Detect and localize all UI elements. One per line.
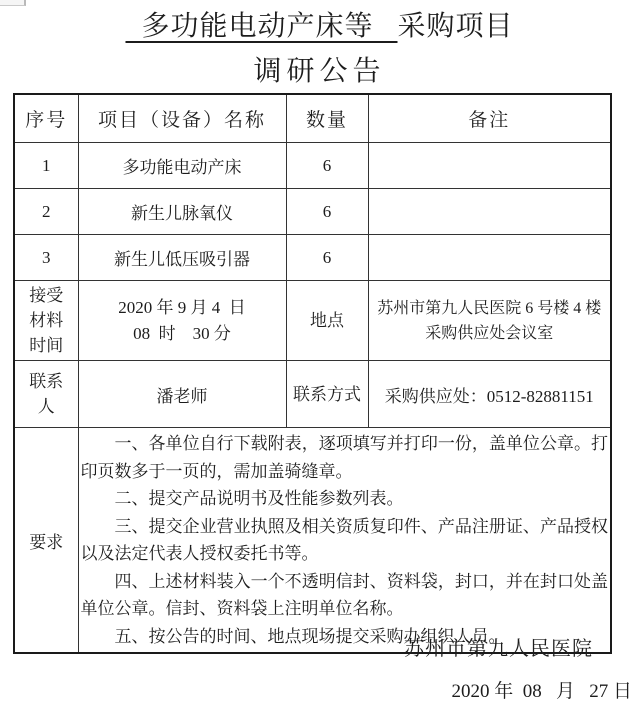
requirements-label: 要求 bbox=[14, 428, 78, 654]
item-3-note bbox=[368, 235, 611, 281]
accept-time-label: 接受材料时间 bbox=[14, 281, 78, 361]
contact-method-label: 联系方式 bbox=[286, 361, 368, 428]
table-row-item-2: 2 新生儿脉氧仪 6 bbox=[14, 189, 611, 235]
table-header-row: 序号 项目（设备）名称 数量 备注 bbox=[14, 94, 611, 143]
document-title-line2: 调研公告 bbox=[0, 54, 639, 90]
column-header-index: 序号 bbox=[14, 94, 78, 143]
item-2-name: 新生儿脉氧仪 bbox=[78, 189, 286, 235]
item-2-note bbox=[368, 189, 611, 235]
place-value-line2: 采购供应处会议室 bbox=[371, 321, 609, 346]
item-3-name: 新生儿低压吸引器 bbox=[78, 235, 286, 281]
signature-organization: 苏州市第九人民医院 bbox=[404, 632, 593, 661]
item-1-note bbox=[368, 143, 611, 189]
place-value: 苏州市第九人民医院 6 号楼 4 楼 采购供应处会议室 bbox=[368, 281, 611, 361]
contact-method-value: 采购供应处：0512-82881151 bbox=[368, 361, 611, 428]
requirement-item-4: 四、上述材料装入一个不透明信封、资料袋，封口，并在封口处盖单位公章。信封、资料袋… bbox=[81, 568, 609, 623]
requirement-item-2: 二、提交产品说明书及性能参数列表。 bbox=[81, 485, 609, 513]
title-suffix: 采购项目 bbox=[398, 11, 514, 42]
contact-person-name: 潘老师 bbox=[78, 361, 286, 428]
procurement-table: 序号 项目（设备）名称 数量 备注 1 多功能电动产床 6 2 新生儿脉氧仪 6… bbox=[13, 93, 612, 654]
document-title-line1: 多功能电动产床等 采购项目 bbox=[0, 9, 639, 45]
table-row-item-1: 1 多功能电动产床 6 bbox=[14, 143, 611, 189]
column-header-quantity: 数量 bbox=[286, 94, 368, 143]
contact-person-label: 联系人 bbox=[14, 361, 78, 428]
item-1-name: 多功能电动产床 bbox=[78, 143, 286, 189]
column-header-item-name: 项目（设备）名称 bbox=[78, 94, 286, 143]
accept-time-value: 2020 年 9 月 4 日 08 时 30 分 bbox=[78, 281, 286, 361]
item-2-quantity: 6 bbox=[286, 189, 368, 235]
title-underlined-project-name: 多功能电动产床等 bbox=[125, 11, 397, 42]
item-3-index: 3 bbox=[14, 235, 78, 281]
signature-date: 2020 年 08 月 27 日 bbox=[451, 676, 632, 703]
table-row-contact: 联系人 潘老师 联系方式 采购供应处：0512-82881151 bbox=[14, 361, 611, 428]
accept-clock-time: 08 时 30 分 bbox=[81, 321, 284, 347]
item-2-index: 2 bbox=[14, 189, 78, 235]
table-row-accept-time: 接受材料时间 2020 年 9 月 4 日 08 时 30 分 地点 苏州市第九… bbox=[14, 281, 611, 361]
item-1-quantity: 6 bbox=[286, 143, 368, 189]
requirements-body: 一、各单位自行下载附表，逐项填写并打印一份，盖单位公章。打印页数多于一页的，需加… bbox=[78, 428, 611, 654]
column-header-remarks: 备注 bbox=[368, 94, 611, 143]
place-value-line1: 苏州市第九人民医院 6 号楼 4 楼 bbox=[371, 296, 609, 321]
item-3-quantity: 6 bbox=[286, 235, 368, 281]
requirement-item-3: 三、提交企业营业执照及相关资质复印件、产品注册证、产品授权以及法定代表人授权委托… bbox=[81, 513, 609, 568]
accept-date: 2020 年 9 月 4 日 bbox=[81, 295, 284, 321]
requirement-item-1: 一、各单位自行下载附表，逐项填写并打印一份，盖单位公章。打印页数多于一页的，需加… bbox=[81, 430, 609, 485]
item-1-index: 1 bbox=[14, 143, 78, 189]
place-label: 地点 bbox=[286, 281, 368, 361]
screenshot-edge-artifact bbox=[0, 0, 26, 6]
table-row-requirements: 要求 一、各单位自行下载附表，逐项填写并打印一份，盖单位公章。打印页数多于一页的… bbox=[14, 428, 611, 654]
table-row-item-3: 3 新生儿低压吸引器 6 bbox=[14, 235, 611, 281]
